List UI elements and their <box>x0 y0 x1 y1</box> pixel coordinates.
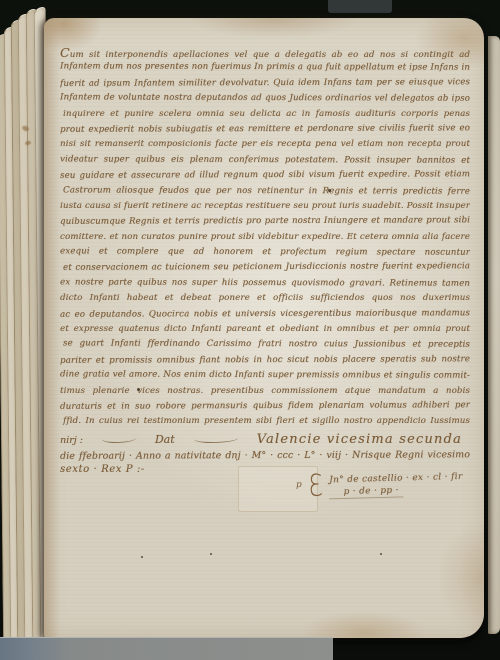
datum-left: nirj : <box>60 435 83 446</box>
paraph-flourish-icon: Ɛ <box>308 471 323 501</box>
text-line: se guart Infanti fferdinando Carissimo f… <box>60 337 470 354</box>
notary-signature: p Ɛ Jn° de castellio · ex · cl · fir p ·… <box>296 468 463 502</box>
text-line: Infantem dum nos presentes non fuerimus … <box>60 60 470 77</box>
flourish-swash <box>194 435 238 443</box>
ink-speck <box>141 556 143 558</box>
text-line: ffid. In cuius rei testimonium presentem… <box>60 414 470 429</box>
text-line: ex nostre parte quibus nos super hiis po… <box>60 275 470 292</box>
date-line: die ffebroarij · Anno a nativitate dnj ·… <box>60 447 470 464</box>
text-line: ac eo deputandos. Quocirca nobis et univ… <box>60 306 470 323</box>
text-line: videatur super quibus eis plenam conferi… <box>60 152 470 169</box>
table-surface <box>0 637 333 660</box>
manuscript-photo: Cum sit interponendis apellaciones vel q… <box>0 0 500 660</box>
text-lines: Cum sit interponendis apellaciones vel q… <box>60 45 470 430</box>
flourish-swash <box>102 435 136 443</box>
ink-speck <box>137 388 140 391</box>
text-line: iusta causa si fuerit retinere ac recept… <box>60 199 470 214</box>
ink-speck <box>328 189 331 192</box>
ink-speck <box>380 553 382 555</box>
text-line: fuerit ad ipsum Infantem similiter devol… <box>60 75 470 92</box>
text-line: Castrorum aliosque feudos que per nos re… <box>60 183 470 200</box>
text-line: quibuscumque Regnis et terris predictis … <box>60 214 470 231</box>
text-line: timus plenarie vices nostras. presentibu… <box>60 384 470 399</box>
notary-line2: p · de · pp · <box>329 484 403 499</box>
datum-line: nirj : Dat Valencie vicesima secunda <box>60 432 462 447</box>
text-line: Infantem de voluntate nostra deputandos … <box>60 91 470 108</box>
text-line: et expresse quatenus dicto Infanti parea… <box>60 322 470 337</box>
ink-speck <box>210 553 212 555</box>
text-line: pariter et promissis omnibus fiant nobis… <box>60 352 470 369</box>
notary-prefix: p <box>296 480 302 490</box>
text-line: nisi sit remanserit composicionis facte … <box>60 137 470 152</box>
text-line: dicto Infanti habeat et debeat ponere et… <box>60 291 470 306</box>
text-line: prout expedierit nobis subiugatis et eas… <box>60 121 470 138</box>
cradle-clip <box>328 0 392 13</box>
text-line: seu guidare et assecurare ad illud regnu… <box>60 167 470 184</box>
datum-word: Dat <box>155 433 175 446</box>
text-line: Cum sit interponendis apellaciones vel q… <box>60 45 470 60</box>
datum-place: Valencie vicesima secunda <box>257 432 462 447</box>
fore-edge-page-right <box>488 36 500 634</box>
text-line: inquirere et punire scelera omnia seu de… <box>60 107 470 122</box>
notary-text: Jn° de castellio · ex · cl · fir p · de … <box>329 471 463 499</box>
text-line: comittere. et non curatos punire prout s… <box>60 230 470 245</box>
text-line: dine gratia vel amore. Nos enim dicto In… <box>60 368 470 385</box>
manuscript-page: Cum sit interponendis apellaciones vel q… <box>44 18 484 638</box>
text-line: et conservacionem ac tuicionem seu petic… <box>60 260 470 277</box>
text-line: duraturis et in suo robore permansuris q… <box>60 398 470 415</box>
text-block: Cum sit interponendis apellaciones vel q… <box>60 45 470 475</box>
